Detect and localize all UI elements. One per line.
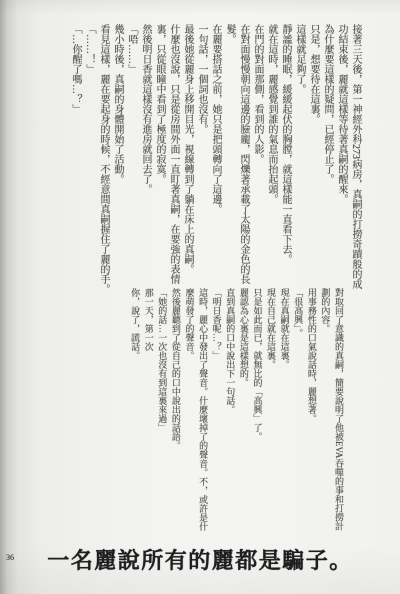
paragraph: 只是，想要待在這裏。 — [306, 24, 320, 297]
paragraph: 對取回了意識的真嗣，簡要說明了他被EVA吞噬的事和打撈計劃的內容。 — [318, 288, 345, 534]
paragraph: 用事務性的口氣說話時，麗想著。 — [304, 288, 318, 534]
dialogue-line: 「…你醒了嗎…？」 — [68, 24, 82, 297]
paragraph: 現在真嗣就在這裏。 — [277, 288, 291, 534]
dialogue-line: 「……！」 — [82, 24, 96, 297]
paragraph: 在對面慢慢朝向這邊的臉龐，閃爍著承載了太陽的金色的長髮。 — [222, 24, 250, 297]
dialogue-line: 「明日香呢…？」 — [209, 288, 223, 534]
scanned-book-page: 接著三天後，第一神經外科273病房，真嗣的打撈奇蹟般的成功結束後，麗就這樣等待著… — [0, 0, 400, 594]
dialogue-line: 「唔……」 — [124, 24, 138, 297]
paragraph: 只是如此而已，就無比的「高興」了。 — [250, 288, 264, 534]
upper-text-block: 接著三天後，第一神經外科273病房，真嗣的打撈奇蹟般的成功結束後，麗就這樣等待著… — [68, 24, 362, 297]
paragraph: 一句話，一個詞也沒有。 — [194, 24, 208, 297]
paragraph: 看見這樣，麗在要起身的時候，不經意間真嗣握住了麗的手。 — [96, 24, 110, 297]
paragraph: 幾小時後，真嗣的身體開始了活動。 — [110, 24, 124, 297]
paragraph: 那一天，第一次 — [141, 288, 155, 534]
paragraph: 直到真嗣的口中說出下一句話。 — [223, 288, 237, 534]
paragraph: 什麼也沒說，只是從房間外面一直盯著真嗣，在要強的表情裏，只從眼瞳中看到了極度的寂… — [152, 24, 180, 297]
paragraph: 就在這時，麗感覺到誰的氣息而抬起頭。 — [264, 24, 278, 297]
paragraph: 這樣就足夠了。 — [292, 24, 306, 297]
paragraph: 最後她從麗身上移開目光，視線轉到了躺在床上的真嗣。 — [180, 24, 194, 297]
paragraph: 你，說了，謊話。 — [128, 288, 142, 534]
lower-text-block: 對取回了意識的真嗣，簡要說明了他被EVA吞噬的事和打撈計劃的內容。 用事務性的口… — [128, 288, 346, 534]
paragraph: 為什麼要這樣的疑問，已經停止了。 — [320, 24, 334, 297]
dialogue-line: 「很高興」。 — [291, 288, 305, 534]
paragraph: 現在自己就在這裏。 — [263, 288, 277, 534]
page-tagline-title: 一名麗說所有的麗都是騙子。 — [0, 544, 400, 575]
paragraph: 這時，麗心中發出了聲音。什麼壞掉了的聲音。不，或許是什麼萌發了的聲音。 — [182, 288, 209, 534]
paragraph: 然後麗聽到了從自己的口中說出的話語。 — [168, 288, 182, 534]
paragraph: 在麗要搭話之前，她只是把頭轉向了這邊。 — [208, 24, 222, 297]
paragraph: 在門的對面那側，看到的人影。 — [250, 24, 264, 297]
paragraph: 接著三天後，第一神經外科273病房，真嗣的打撈奇蹟般的成功結束後，麗就這樣等待著… — [334, 24, 362, 297]
dialogue-line: 「她的話…一次也沒有到這裏來過」 — [155, 288, 169, 534]
paragraph: 然後明日香就這樣沒有進房就回去了。 — [138, 24, 152, 297]
paragraph: 靜謐的睡眠，緩緩起伏的胸膛，就這樣能一直看下去。 — [278, 24, 292, 297]
paragraph: 麗認為心裏是這樣想的。 — [236, 288, 250, 534]
page-number: 36 — [6, 553, 14, 562]
